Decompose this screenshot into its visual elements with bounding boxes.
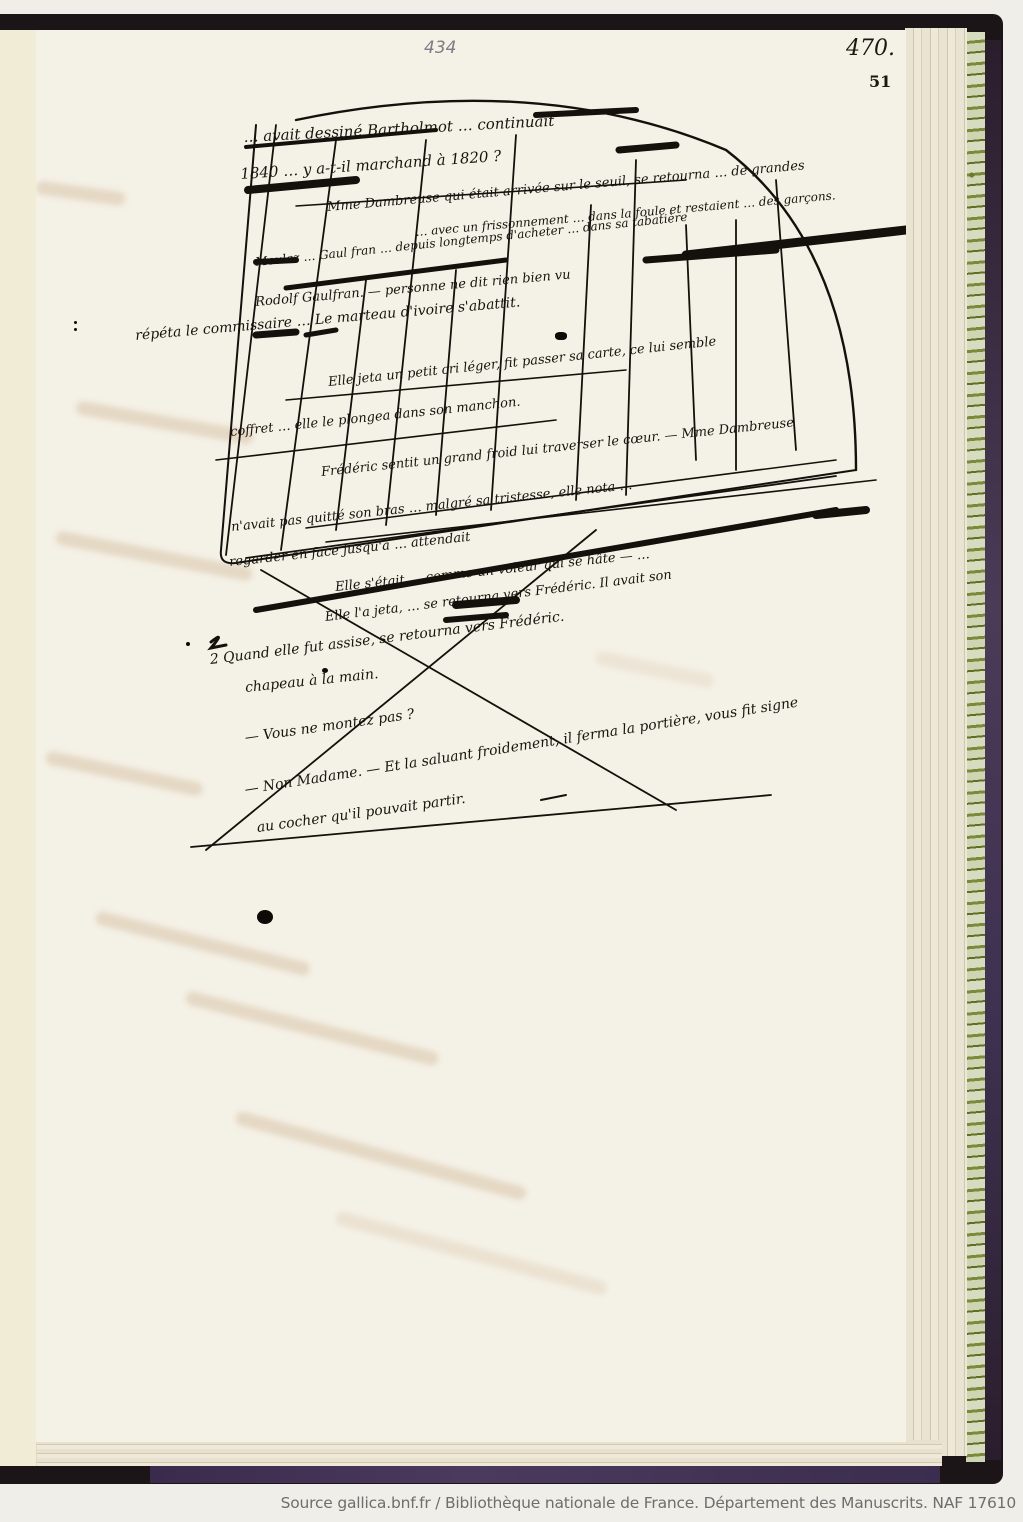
source-credit: Source gallica.bnf.fr / Bibliothèque nat… [0, 1494, 1016, 1512]
left-margin-strip [0, 30, 37, 1466]
ink-blot [74, 328, 77, 331]
binding-spine-edge [985, 40, 1001, 1460]
ink-blot [322, 668, 328, 673]
ink-blot [257, 910, 273, 924]
marbled-endpaper [966, 32, 985, 1462]
ink-blot [74, 321, 77, 324]
stacked-page-edges-right [905, 28, 967, 1456]
binding-bottom-edge [150, 1465, 940, 1483]
ink-blot [555, 332, 567, 340]
ink-strokes [36, 30, 906, 1442]
ink-blot [186, 642, 190, 646]
stacked-page-edges-bottom [37, 1440, 942, 1466]
manuscript-page: 434 470. 51 … avait dessiné Bartholmot …… [36, 30, 906, 1442]
